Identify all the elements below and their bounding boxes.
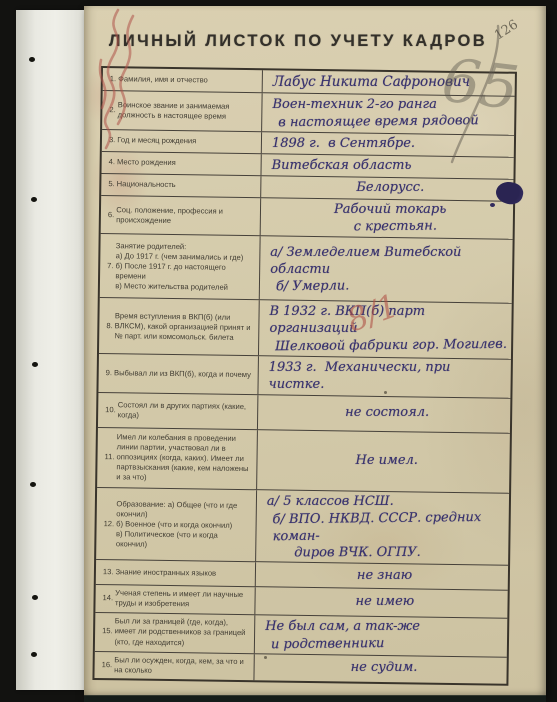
paper-speck [264,656,267,659]
handwriting-line: диров ВЧК. ОГПУ. [294,544,532,562]
field-number: 12. [104,519,115,529]
field-number: 13. [103,568,114,578]
handwriting-line: б/ ВПО. НКВД. СССР. средних коман- [272,510,510,546]
field-number: 14. [102,594,113,604]
field-label: 7. Занятие родителей: а) До 1917 г. (чем… [100,234,261,299]
scan-bottom-strip [84,695,546,702]
field-value-handwritten: Не имел. [257,430,510,493]
field-number: 9. [106,368,112,378]
field-number: 10. [105,405,116,415]
field-value-handwritten: не состоял. [258,395,510,433]
hole-punch [32,595,38,600]
field-value-handwritten: Воен-техник 2-го рангав настоящее время … [262,93,515,134]
field-number: 6. [108,210,114,220]
handwriting-line: и родственники [271,634,509,653]
handwriting-line: 1898 г. в Сентябре. [272,136,510,153]
handwriting-line: не состоял. [345,405,429,422]
scanned-document: ЛИЧНЫЙ ЛИСТОК ПО УЧЕТУ КАДРОВ 1. Фамилия… [0,0,557,702]
hole-punch [30,482,36,487]
handwriting-line: Воен-техник 2-го ранга [272,97,510,114]
field-number: 4. [109,157,115,167]
table-row: 7. Занятие родителей: а) До 1917 г. (чем… [100,234,513,304]
field-value-handwritten: Белорусс. [261,176,513,201]
table-row: 9. Выбывал ли из ВКП(б), когда и почему … [98,354,511,399]
field-number: 8. [106,321,112,331]
field-label: 8. Время вступления в ВКП(б) (или ВЛКСМ)… [99,298,260,355]
field-number: 11. [104,452,114,462]
field-label: 4. Место рождения [102,152,262,175]
form-table: 1. Фамилия, имя и отчество Лабус Никита … [92,66,517,685]
handwriting-line: не имею [355,594,414,611]
field-value-handwritten: а/ Земледелием Витебской областиб/ Умерл… [260,237,513,304]
field-value-handwritten: Лабус Никита Сафронович [263,70,515,96]
handwriting-line: а/ 5 классов НСШ. [267,494,505,511]
field-number: 5. [108,179,114,189]
handwriting-line: в настоящее время рядовой [278,113,516,132]
field-number: 1. [110,74,116,84]
handwriting-line: В 1932 г. ВКП(б) парт организаций [269,304,507,338]
field-label: 11. Имел ли колебания в проведении линии… [97,428,258,489]
field-number: 7. [107,261,113,271]
handwriting-line: не знаю [357,568,412,585]
field-label: 3. Год и месяц рождения [102,130,262,153]
field-value-handwritten: а/ 5 классов НСШ.б/ ВПО. НКВД. СССР. сре… [256,490,509,565]
ink-blot [490,203,495,207]
field-value-handwritten: Не был сам, а так-жеи родственники [255,615,508,657]
field-label: 12. Образование: а) Общее (что и где око… [96,488,257,562]
table-row: 16. Был ли осужден, когда, кем, за что и… [94,651,506,683]
handwriting-line: не судим. [350,660,417,677]
handwriting-line: 1933 г. Механически, при чистке. [269,360,507,394]
table-row: 8. Время вступления в ВКП(б) (или ВЛКСМ)… [99,298,512,359]
handwriting-line: Шелковой фабрики гор. Могилев. [275,337,513,356]
field-value-handwritten: 1898 г. в Сентябре. [262,132,514,157]
field-number: 2. [109,105,115,115]
hole-punch [32,362,38,367]
field-label: 6. Соц. положение, профессия и происхожд… [101,196,262,236]
table-row: 15. Был ли за границей (где, когда), име… [95,612,508,657]
field-label: 15. Был ли за границей (где, когда), име… [95,612,256,652]
field-value-handwritten: Рабочий токарьс крестьян. [261,198,514,239]
hole-punch [31,652,37,657]
field-label: 9. Выбывал ли из ВКП(б), когда и почему [98,354,259,394]
table-row: 2. Воинское звание и занимаемая должност… [102,91,515,136]
field-value-handwritten: не имею [255,588,507,618]
handwriting-line: Рабочий токарь [334,202,446,219]
hole-punch [31,197,37,202]
field-label: 13. Знание иностранных языков [96,560,256,586]
paper-speck [384,391,387,394]
hole-punch [29,57,35,62]
handwriting-line: Лабус Никита Сафронович [273,74,511,92]
handwriting-line: б/ Умерли. [276,277,514,296]
field-value-handwritten: не знаю [256,563,508,591]
field-label: 5. Национальность [101,174,261,197]
table-row: 10. Состоял ли в других партиях (какие, … [98,393,510,434]
handwriting-line: а/ Земледелием Витебской области [270,245,508,279]
handwriting-line: Витебская область [272,158,510,175]
field-label: 1. Фамилия, имя и отчество [103,68,263,92]
field-label: 14. Ученая степень и имеет ли научные тр… [95,585,255,613]
handwriting-line: Не имел. [355,453,417,470]
field-label: 10. Состоял ли в других партиях (какие, … [98,393,258,429]
field-number: 15. [102,627,113,637]
field-label: 2. Воинское звание и занимаемая должност… [102,91,263,131]
table-row: 12. Образование: а) Общее (что и где око… [96,488,509,566]
paper-sheet: ЛИЧНЫЙ ЛИСТОК ПО УЧЕТУ КАДРОВ 1. Фамилия… [84,6,546,696]
form-rows: 1. Фамилия, имя и отчество Лабус Никита … [94,68,514,683]
field-label: 16. Был ли осужден, когда, кем, за что и… [94,651,254,679]
handwriting-line: с крестьян. [354,218,437,236]
field-value-handwritten: В 1932 г. ВКП(б) парт организацийШелково… [259,301,512,359]
field-value-handwritten: не судим. [254,654,506,684]
field-number: 16. [102,660,113,670]
handwriting-line: Не был сам, а так-же [265,619,503,636]
table-row: 6. Соц. положение, профессия и происхожд… [101,196,514,241]
field-value-handwritten: Витебская область [261,154,513,178]
handwriting-line: Белорусс. [356,180,424,197]
table-row: 11. Имел ли колебания в проведении линии… [97,428,510,494]
field-number: 3. [109,135,115,145]
page-title: ЛИЧНЫЙ ЛИСТОК ПО УЧЕТУ КАДРОВ [84,32,546,51]
